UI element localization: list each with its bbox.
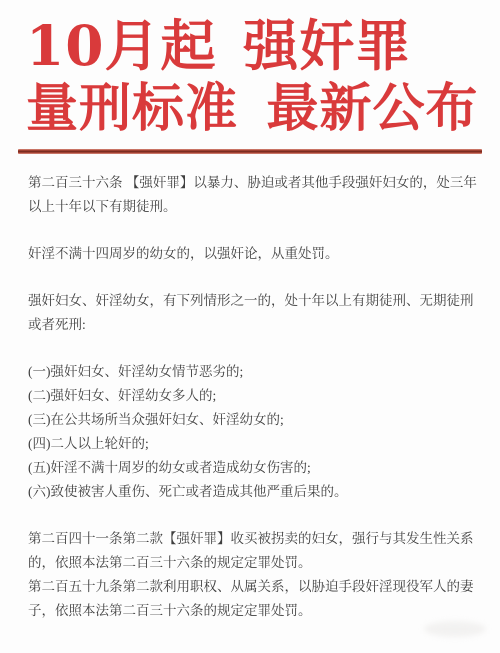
- paragraph-article-236: 第二百三十六条 【强奸罪】以暴力、胁迫或者其他手段强奸妇女的，处三年以上十年以下…: [28, 171, 481, 219]
- clause-item-4: (四)二人以上轮奸的;: [28, 432, 481, 456]
- article-body: 第二百三十六条 【强奸罪】以暴力、胁迫或者其他手段强奸妇女的，处三年以上十年以下…: [0, 171, 500, 623]
- aggravating-clauses-list: (一)强奸妇女、奸淫幼女情节恶劣的; (二)强奸妇女、奸淫幼女多人的; (三)在…: [28, 360, 481, 504]
- watermark-smudge: [424, 621, 486, 637]
- clause-item-3: (三)在公共场所当众强奸妇女、奸淫幼女的;: [28, 408, 481, 432]
- clause-item-5: (五)奸淫不满十周岁的幼女或者造成幼女伤害的;: [28, 456, 481, 480]
- paragraph-article-259: 第二百五十九条第二款利用职权、从属关系，以胁迫手段奸淫现役军人的妻子，依照本法第…: [28, 575, 481, 623]
- clause-item-2: (二)强奸妇女、奸淫幼女多人的;: [28, 384, 481, 408]
- clause-item-1: (一)强奸妇女、奸淫幼女情节恶劣的;: [28, 360, 481, 384]
- poster-headline: 10月起 强奸罪 量刑标准 最新公布: [0, 0, 500, 140]
- clause-item-6: (六)致使被害人重伤、死亡或者造成其他严重后果的。: [28, 480, 481, 504]
- legal-notice-poster: 10月起 强奸罪 量刑标准 最新公布 第二百三十六条 【强奸罪】以暴力、胁迫或者…: [0, 0, 500, 653]
- paragraph-aggravating-intro: 强奸妇女、奸淫幼女，有下列情形之一的，处十年以上有期徒刑、无期徒刑或者死刑:: [28, 289, 481, 337]
- closing-paragraphs: 第二百四十一条第二款【强奸罪】收买被拐卖的妇女，强行与其发生性关系的，依照本法第…: [28, 527, 481, 623]
- paragraph-statutory-rape: 奸淫不满十四周岁的幼女的，以强奸论，从重处罚。: [28, 242, 481, 266]
- headline-line-2: 量刑标准 最新公布: [26, 78, 500, 140]
- headline-line-1: 10月起 强奸罪: [26, 14, 500, 78]
- paragraph-article-241: 第二百四十一条第二款【强奸罪】收买被拐卖的妇女，强行与其发生性关系的，依照本法第…: [28, 527, 481, 575]
- headline-divider-rule: [18, 149, 482, 154]
